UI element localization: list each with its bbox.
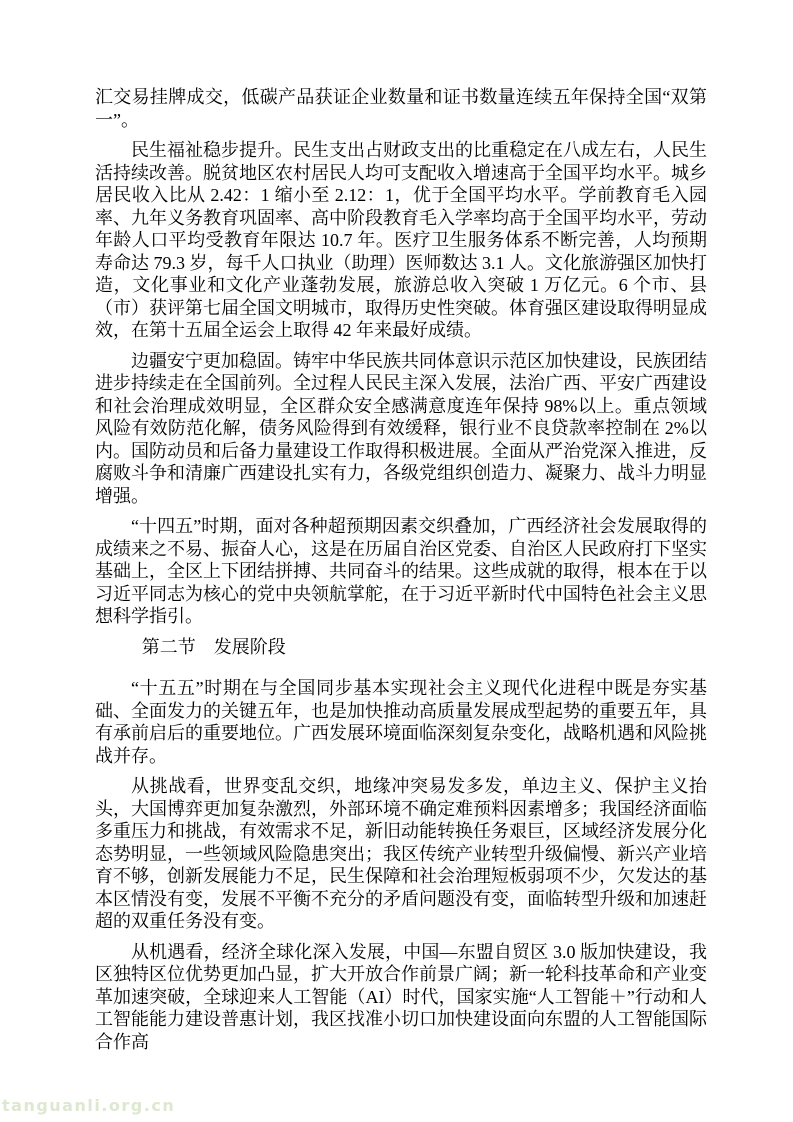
paragraph-opportunities: 从机遇看，经济全球化深入发展，中国—东盟自贸区 3.0 版加快建设，我区独特区位…: [95, 941, 707, 1054]
paragraph-bianjiang: 边疆安宁更加稳固。铸牢中华民族共同体意识示范区加快建设，民族团结进步持续走在全国…: [95, 350, 707, 508]
paragraph-carryover: 汇交易挂牌成交，低碳产品获证企业数量和证书数量连续五年保持全国“双第一”。: [95, 86, 707, 131]
section-heading: 第二节 发展阶段: [95, 636, 707, 659]
document-text-block: 汇交易挂牌成交，低碳产品获证企业数量和证书数量连续五年保持全国“双第一”。 民生…: [95, 86, 707, 1061]
paragraph-shiwuwu-period: “十五五”时期在与全国同步基本实现社会主义现代化进程中既是夯实基础、全面发力的关…: [95, 677, 707, 767]
paragraph-challenges: 从挑战看，世界变乱交织，地缘冲突易发多发，单边主义、保护主义抬头，大国博弈更加复…: [95, 775, 707, 933]
document-page: 汇交易挂牌成交，低碳产品获证企业数量和证书数量连续五年保持全国“双第一”。 民生…: [0, 0, 793, 1122]
paragraph-shisiwu-summary: “十四五”时期，面对各种超预期因素交织叠加，广西经济社会发展取得的成绩来之不易、…: [95, 515, 707, 628]
paragraph-minsheng: 民生福祉稳步提升。民生支出占财政支出的比重稳定在八成左右，人民生活持续改善。脱贫…: [95, 139, 707, 342]
watermark: tanguanli.org.cn: [2, 1096, 175, 1115]
